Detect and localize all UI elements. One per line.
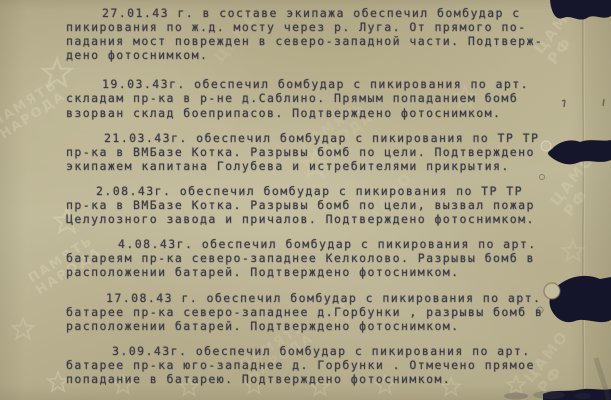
log-entry-1943-08-17: 17.08.43 г. обеспечил бомбудар с пикиров… — [66, 291, 570, 333]
log-entry-1943-01-27: 27.01.43 г. в составе экипажа обеспечил … — [66, 6, 570, 62]
log-entry-1943-08-04: 4.08.43г. обеспечил бомбудар с пикирован… — [66, 237, 570, 279]
log-entry-1943-08-02: 2.08.43г. обеспечил бомбудар с пикирован… — [66, 184, 570, 226]
archival-document-scan: ПАМЯТЬ НАРОДА ПАМЯТЬ НАРОДА ПАМЯТЬ НАРОД… — [0, 0, 611, 400]
left-edge-shading — [0, 0, 26, 400]
log-entry-1943-03-19: 19.03.43г. обеспечил бомбудар с пикирова… — [66, 77, 570, 119]
log-entry-1943-03-21: 21.03.43г. обеспечил бомбудар с пикирова… — [66, 131, 570, 173]
right-edge-shading — [569, 0, 611, 400]
typewritten-text-block: 27.01.43 г. в составе экипажа обеспечил … — [66, 6, 570, 397]
log-entry-1943-09-03: 3.09.43г. обеспечил бомбудар с пикирован… — [66, 344, 570, 386]
